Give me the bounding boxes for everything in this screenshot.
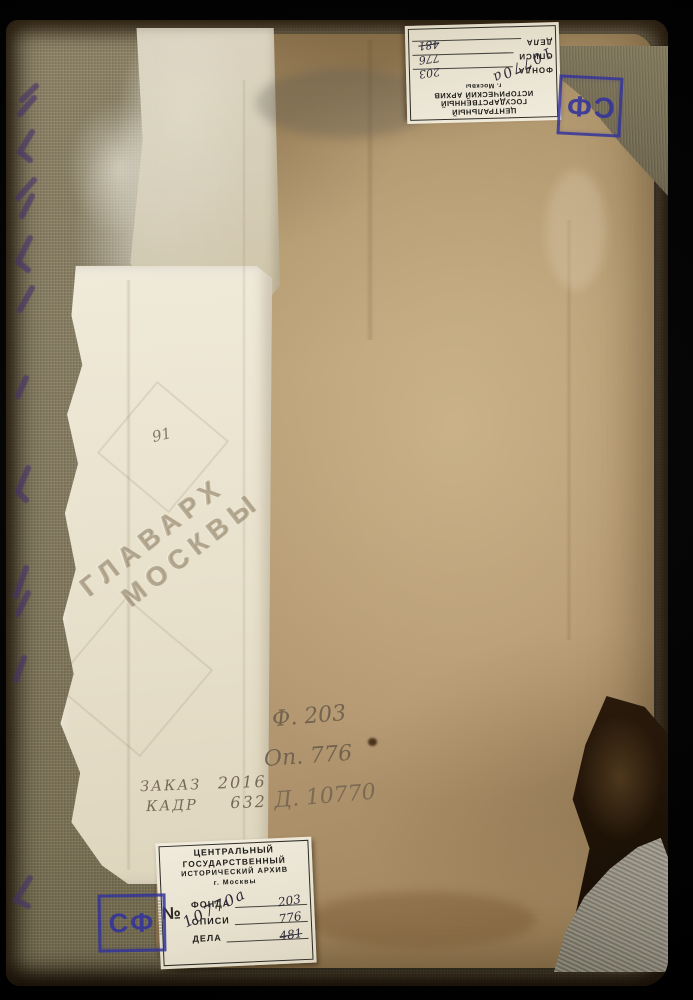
row-line: 481 [412,38,521,56]
delo-number-old: 481 [417,37,440,53]
archive-label-bottom: ЦЕНТРАЛЬНЫЙ ГОСУДАРСТВЕННЫЙ ИСТОРИЧЕСКИЙ… [155,837,316,970]
zakaz-value: 2016 [218,772,267,793]
sf-stamp-bottom: СФ [97,893,166,952]
ink-spot [368,738,377,746]
kadr-label: КАДР [146,797,198,815]
row-label: ДЕЛА [192,933,222,944]
stain [306,892,536,948]
sf-stamp-top: СФ [556,74,623,137]
book-cover: ГЛАВАРХ МОСКВЫ [6,20,668,986]
zakaz-label: ЗАКАЗ [140,777,202,795]
kadr-value: 632 [230,792,267,812]
scanned-photo: ГЛАВАРХ МОСКВЫ [0,0,693,1000]
archive-label-top: ЦЕНТРАЛЬНЫЙ ГОСУДАРСТВЕННЫЙ ИСТОРИЧЕСКИЙ… [405,22,562,124]
scuff [546,170,606,290]
label-row-delo: ДЕЛА 481 [192,922,309,944]
stamp-text: СФ [108,908,155,939]
stamp-text: СФ [564,89,615,124]
row-line: 481 [226,921,308,943]
spine-marking [6,48,54,948]
